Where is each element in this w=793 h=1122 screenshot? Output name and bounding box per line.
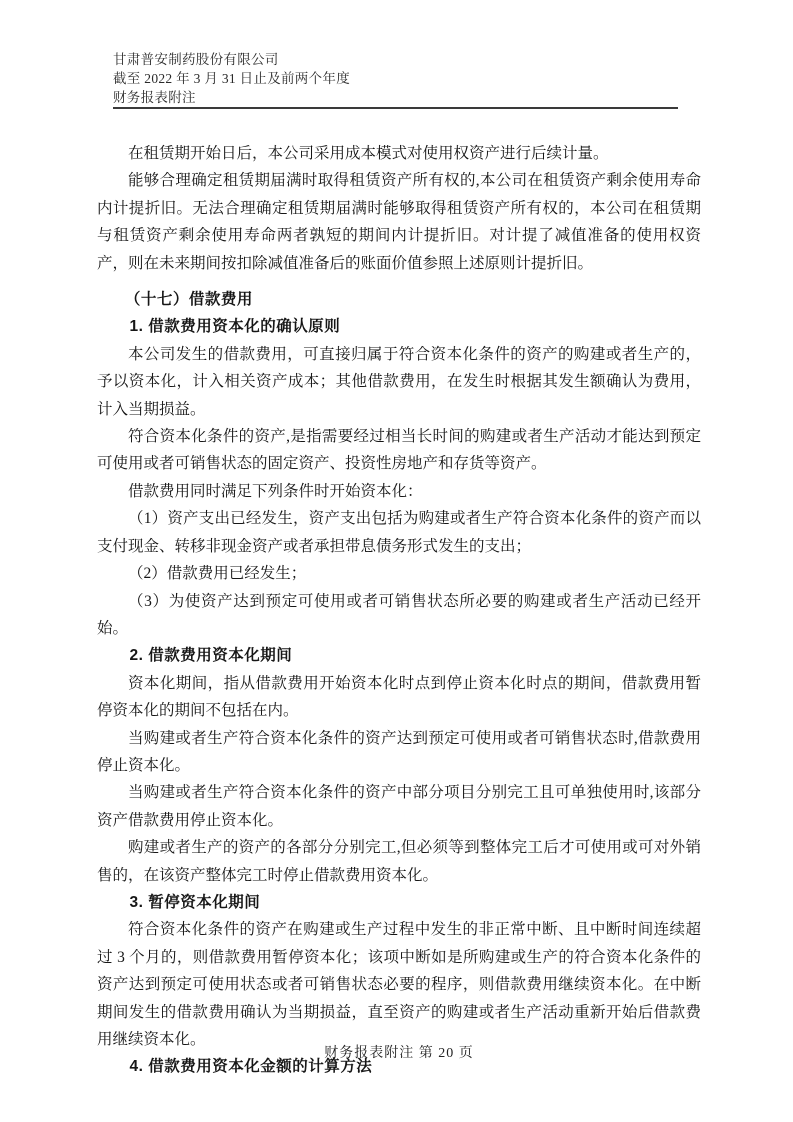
paragraph: 本公司发生的借款费用，可直接归属于符合资本化条件的资产的购建或者生产的，予以资本… xyxy=(97,341,701,423)
paragraph: （2）借款费用已经发生； xyxy=(97,560,701,587)
sub-heading: 1. 借款费用资本化的确认原则 xyxy=(97,313,701,340)
company-name: 甘肃普安制药股份有限公司 xyxy=(113,50,678,69)
paragraph: 当购建或者生产符合资本化条件的资产达到预定可使用或者可销售状态时,借款费用停止资… xyxy=(97,725,701,780)
report-title: 财务报表附注 xyxy=(113,88,678,107)
paragraph: 借款费用同时满足下列条件时开始资本化： xyxy=(97,478,701,505)
paragraph: 在租赁期开始日后，本公司采用成本模式对使用权资产进行后续计量。 xyxy=(97,140,701,167)
report-period: 截至 2022 年 3 月 31 日止及前两个年度 xyxy=(113,69,678,88)
paragraph: 能够合理确定租赁期届满时取得租赁资产所有权的,本公司在租赁资产剩余使用寿命内计提… xyxy=(97,167,701,277)
paragraph: 符合资本化条件的资产,是指需要经过相当长时间的购建或者生产活动才能达到预定可使用… xyxy=(97,423,701,478)
header-rule xyxy=(113,107,678,109)
sub-heading: 3. 暂停资本化期间 xyxy=(97,889,701,916)
document-page: 甘肃普安制药股份有限公司 截至 2022 年 3 月 31 日止及前两个年度 财… xyxy=(0,0,793,1122)
paragraph: （3）为使资产达到预定可使用或者可销售状态所必要的购建或者生产活动已经开始。 xyxy=(97,588,701,643)
paragraph: 资本化期间，指从借款费用开始资本化时点到停止资本化时点的期间，借款费用暂停资本化… xyxy=(97,670,701,725)
page-footer: 财务报表附注 第 20 页 xyxy=(97,1044,701,1064)
section-heading: （十七）借款费用 xyxy=(97,286,701,313)
paragraph: （1）资产支出已经发生，资产支出包括为购建或者生产符合资本化条件的资产而以支付现… xyxy=(97,505,701,560)
document-body: 在租赁期开始日后，本公司采用成本模式对使用权资产进行后续计量。能够合理确定租赁期… xyxy=(97,140,701,1081)
paragraph: 购建或者生产的资产的各部分分别完工,但必须等到整体完工后才可使用或可对外销售的，… xyxy=(97,834,701,889)
paragraph: 符合资本化条件的资产在购建或生产过程中发生的非正常中断、且中断时间连续超过 3 … xyxy=(97,916,701,1053)
sub-heading: 2. 借款费用资本化期间 xyxy=(97,642,701,669)
paragraph: 当购建或者生产符合资本化条件的资产中部分项目分别完工且可单独使用时,该部分资产借… xyxy=(97,779,701,834)
page-header: 甘肃普安制药股份有限公司 截至 2022 年 3 月 31 日止及前两个年度 财… xyxy=(113,50,678,107)
page-number-label: 财务报表附注 第 20 页 xyxy=(324,1046,474,1061)
